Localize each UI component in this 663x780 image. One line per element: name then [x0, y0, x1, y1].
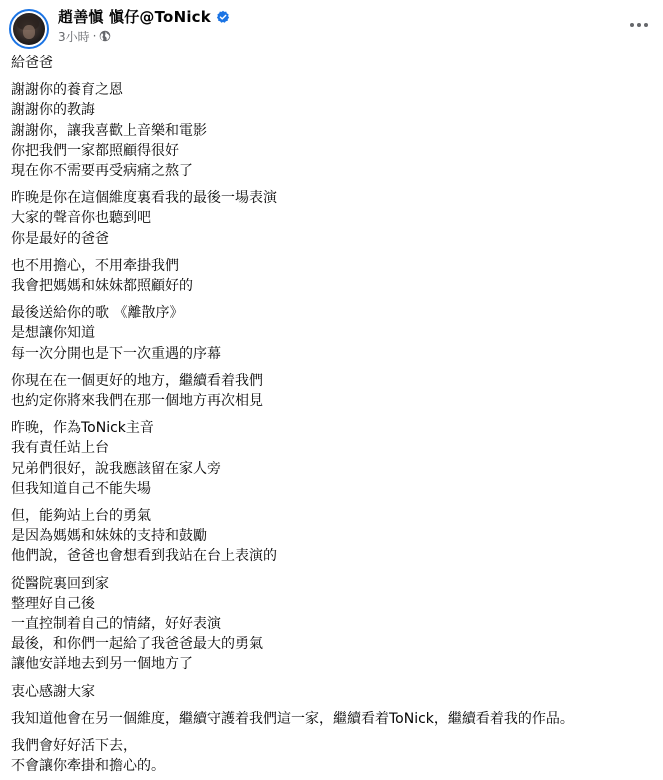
post-timestamp[interactable]: 3小時: [58, 28, 90, 45]
post-paragraph: 從醫院裏回到家整理好自己後一直控制着自己的情緒，好好表演最後，和你們一起給了我爸…: [11, 574, 656, 675]
post-text-line: 我們會好好活下去，: [11, 736, 656, 756]
post-text-line: 我有責任站上台: [11, 438, 656, 458]
profile-photo-icon: [13, 13, 45, 45]
post-text-line: 也不用擔心，不用牽掛我們: [11, 256, 656, 276]
post-text-line: 衷心感謝大家: [11, 682, 656, 702]
post-paragraph: 謝謝你的養育之恩謝謝你的教誨謝謝你，讓我喜歡上音樂和電影你把我們一家都照顧得很好…: [11, 80, 656, 181]
post-body: 給爸爸謝謝你的養育之恩謝謝你的教誨謝謝你，讓我喜歡上音樂和電影你把我們一家都照顧…: [11, 53, 656, 780]
post-text-line: 最後送給你的歌 《離散序》: [11, 303, 656, 323]
post-text-line: 一直控制着自己的情緒，好好表演: [11, 614, 656, 634]
post-text-line: 也約定你將來我們在那一個地方再次相見: [11, 391, 656, 411]
post-meta: 3小時 ·: [58, 28, 111, 44]
post-text-line: 整理好自己後: [11, 594, 656, 614]
post-text-line: 你是最好的爸爸: [11, 229, 656, 249]
post-paragraph: 我知道他會在另一個維度，繼續守護着我們這一家，繼續看着ToNick，繼續看着我的…: [11, 709, 656, 729]
post-text-line: 不會讓你牽掛和擔心的。: [11, 756, 656, 776]
post-text-line: 我會把媽媽和妹妹都照顧好的: [11, 276, 656, 296]
post-paragraph: 昨晚，作為ToNick主音我有責任站上台兄弟們很好，說我應該留在家人旁但我知道自…: [11, 418, 656, 499]
post-text-line: 你把我們一家都照顧得很好: [11, 141, 656, 161]
post-text-line: 大家的聲音你也聽到吧: [11, 208, 656, 228]
post-paragraph: 最後送給你的歌 《離散序》是想讓你知道每一次分開也是下一次重遇的序幕: [11, 303, 656, 364]
post-text-line: 現在你不需要再受病痛之熬了: [11, 161, 656, 181]
post-paragraph: 衷心感謝大家: [11, 682, 656, 702]
post-text-line: 從醫院裏回到家: [11, 574, 656, 594]
author-name-row: 趙善愼 愼仔@ToNick: [58, 6, 230, 26]
post-paragraph: 我們會好好活下去，不會讓你牽掛和擔心的。: [11, 736, 656, 776]
author-avatar[interactable]: [9, 9, 49, 49]
post-paragraph: 但，能夠站上台的勇氣是因為媽媽和妹妹的支持和鼓勵他們說，爸爸也會想看到我站在台上…: [11, 506, 656, 567]
post-text-line: 但，能夠站上台的勇氣: [11, 506, 656, 526]
more-options-button[interactable]: [624, 13, 654, 37]
post-text-line: 他們說，爸爸也會想看到我站在台上表演的: [11, 546, 656, 566]
post-text-line: 每一次分開也是下一次重遇的序幕: [11, 344, 656, 364]
post-header: 趙善愼 愼仔@ToNick 3小時 ·: [0, 0, 663, 50]
globe-icon[interactable]: [99, 30, 111, 42]
post-text-line: 謝謝你的養育之恩: [11, 80, 656, 100]
post-text-line: 但我知道自己不能失場: [11, 479, 656, 499]
more-horizontal-icon: [630, 23, 634, 27]
meta-separator: ·: [93, 29, 97, 43]
post-text-line: 是因為媽媽和妹妹的支持和鼓勵: [11, 526, 656, 546]
post-text-line: 昨晚，作為ToNick主音: [11, 418, 656, 438]
post-text-line: 我知道他會在另一個維度，繼續守護着我們這一家，繼續看着ToNick，繼續看着我的…: [11, 709, 656, 729]
post-text-line: 給爸爸: [11, 53, 656, 73]
post-text-line: 謝謝你的教誨: [11, 100, 656, 120]
post-text-line: 讓他安詳地去到另一個地方了: [11, 654, 656, 674]
post-text-line: 最後，和你們一起給了我爸爸最大的勇氣: [11, 634, 656, 654]
post-text-line: 你現在在一個更好的地方，繼續看着我們: [11, 371, 656, 391]
post-paragraph: 也不用擔心，不用牽掛我們我會把媽媽和妹妹都照顧好的: [11, 256, 656, 296]
post-paragraph: 昨晚是你在這個維度裏看我的最後一場表演大家的聲音你也聽到吧你是最好的爸爸: [11, 188, 656, 249]
post-text-line: 昨晚是你在這個維度裏看我的最後一場表演: [11, 188, 656, 208]
post-text-line: 是想讓你知道: [11, 323, 656, 343]
verified-badge-icon: [216, 9, 230, 23]
post-paragraph: 你現在在一個更好的地方，繼續看着我們也約定你將來我們在那一個地方再次相見: [11, 371, 656, 411]
post-paragraph: 給爸爸: [11, 53, 656, 73]
post-text-line: 謝謝你，讓我喜歡上音樂和電影: [11, 121, 656, 141]
author-name[interactable]: 趙善愼 愼仔@ToNick: [58, 6, 211, 27]
post-text-line: 兄弟們很好，說我應該留在家人旁: [11, 459, 656, 479]
